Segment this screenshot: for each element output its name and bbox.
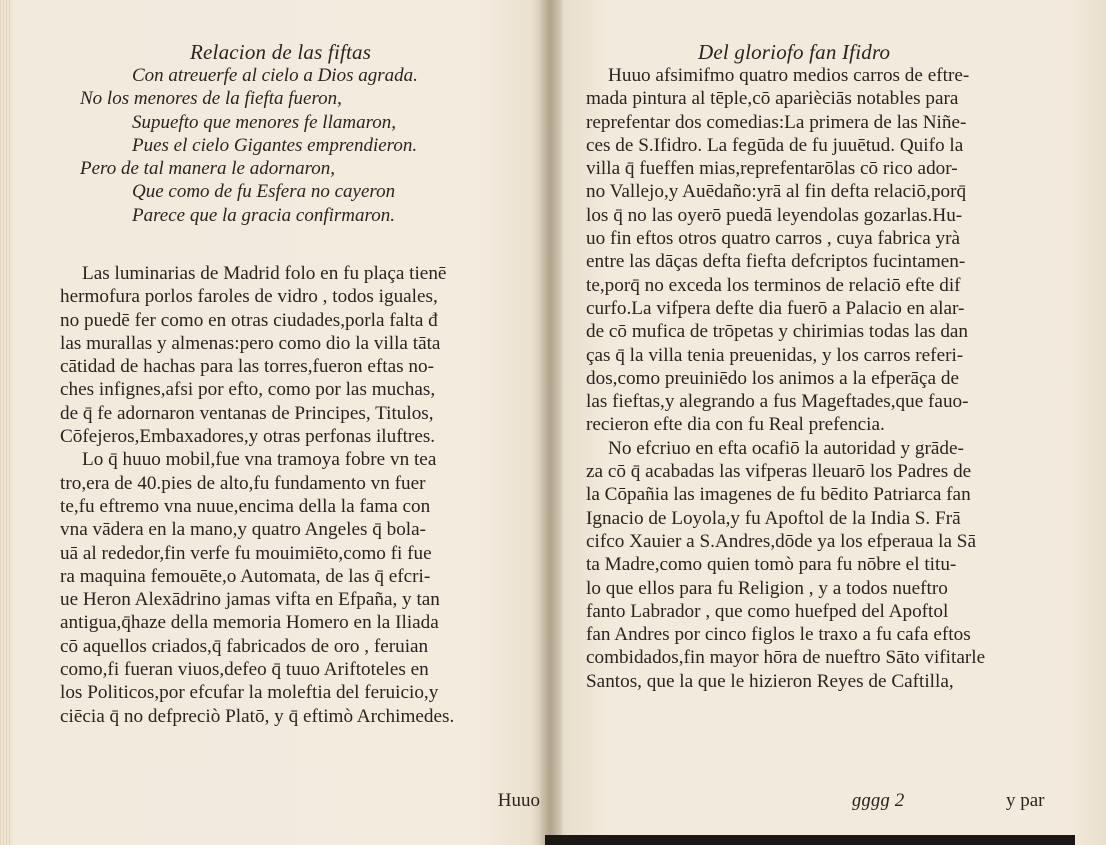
text-line: No efcriuo en efta ocafiō la autoridad y… <box>586 437 985 460</box>
right-page: Del gloriofo fan Ifidro Huuo afsimifmo q… <box>548 0 1106 845</box>
text-line: lo que ellos para fu Religion , y a todo… <box>586 577 985 600</box>
text-line: la Cōpañia las imagenes de fu bēdito Pat… <box>586 483 985 506</box>
text-line: combidados,fin mayor hōra de nueftro Sāt… <box>586 646 985 669</box>
book-spread: Relacion de las fiftas Con atreuerfe al … <box>0 0 1106 845</box>
text-line: cifco Xauier a S.Andres,dōde ya los efpe… <box>586 530 985 553</box>
text-line: los Politicos,por efcufar la moleftia de… <box>60 681 454 704</box>
text-line: curfo.La vifpera defte dia fuerō a Palac… <box>586 297 985 320</box>
text-line: de cō mufica de trōpetas y chirimias tod… <box>586 320 985 343</box>
signature-mark: ɡɡɡɡ 2 <box>852 790 904 812</box>
text-line: uo fin eftos otros quatro carros , cuya … <box>586 227 985 250</box>
text-line: como,fi fueran viuos,defeo q̄ tuuo Arift… <box>60 658 454 681</box>
prose-block-right: Huuo afsimifmo quatro medios carros de e… <box>586 64 985 693</box>
text-line: ra maquina femouēte,o Automata, de las q… <box>60 565 454 588</box>
text-line: ta Madre,como quien tomò para fu nōbre e… <box>586 553 985 576</box>
text-line: de q̄ fe adornaron ventanas de Principes… <box>60 402 454 425</box>
bottom-shadow <box>545 835 1075 845</box>
book-gutter <box>540 0 562 845</box>
text-line: Huuo afsimifmo quatro medios carros de e… <box>586 64 985 87</box>
text-line: hermofura porlos faroles de vidro , todo… <box>60 285 454 308</box>
verse-line: Pero de tal manera le adornaron, <box>80 157 418 180</box>
catchword-right: y par <box>1006 790 1045 812</box>
text-line: fan Andres por cinco figlos le traxo a f… <box>586 623 985 646</box>
text-line: entre las dāças defta fiefta defcriptos … <box>586 250 985 273</box>
verse-line: Pues el cielo Gigantes emprendieron. <box>80 134 418 157</box>
prose-block-left: Las luminarias de Madrid folo en fu plaç… <box>60 262 454 728</box>
verse-line: No los menores de la fiefta fueron, <box>80 87 418 110</box>
text-line: te,fu eftremo vna nuue,encima della la f… <box>60 495 454 518</box>
verse-line: Parece que la gracia confirmaron. <box>80 204 418 227</box>
verse-block: Con atreuerfe al cielo a Dios agrada. No… <box>80 64 418 227</box>
catchword-left: Huuo <box>498 790 540 812</box>
text-line: las fieftas,y alegrando a fus Mageftades… <box>586 390 985 413</box>
text-line: ue Heron Alexādrino jamas vifta en Efpañ… <box>60 588 454 611</box>
text-line: tro,era de 40.pies de alto,fu fundamento… <box>60 472 454 495</box>
text-line: vna vādera en la mano,y quatro Angeles q… <box>60 518 454 541</box>
text-line: ces de S.Ifidro. La fegūda de fu juuētud… <box>586 134 985 157</box>
text-line: za cō q̄ acabadas las vifperas lleuarō l… <box>586 460 985 483</box>
text-line: villa q̄ fueffen mias,reprefentarōlas cō… <box>586 157 985 180</box>
text-line: recieron efte dia con fu Real prefencia. <box>586 413 985 436</box>
text-line: antigua,q̄haze della memoria Homero en l… <box>60 611 454 634</box>
left-page: Relacion de las fiftas Con atreuerfe al … <box>0 0 548 845</box>
text-line: ciēcia q̄ no defpreciò Platō, y q̄ eftim… <box>60 705 454 728</box>
page-edges <box>0 0 12 845</box>
running-head-right: Del gloriofo fan Ifidro <box>698 40 890 65</box>
text-line: mada pintura al tēple,cō aparièciās nota… <box>586 87 985 110</box>
text-line: dos,como preuiniēdo los animos a la efpe… <box>586 367 985 390</box>
text-line: te,porq̄ no exceda los terminos de relac… <box>586 274 985 297</box>
text-line: Santos, que la que le hizieron Reyes de … <box>586 670 985 693</box>
text-line: Lo q̄ huuo mobil,fue vna tramoya fobre v… <box>60 448 454 471</box>
text-line: ças q̄ la villa tenia preuenidas, y los … <box>586 344 985 367</box>
running-head-left: Relacion de las fiftas <box>190 40 371 65</box>
text-line: Ignacio de Loyola,y fu Apoftol de la Ind… <box>586 507 985 530</box>
text-line: reprefentar dos comedias:La primera de l… <box>586 111 985 134</box>
text-line: uā al rededor,fin verfe fu mouimiēto,com… <box>60 542 454 565</box>
text-line: cātidad de hachas para las torres,fueron… <box>60 355 454 378</box>
text-line: cō aquellos criados,q̄ fabricados de oro… <box>60 635 454 658</box>
verse-line: Que como de fu Esfera no cayeron <box>80 180 418 203</box>
text-line: Cōfejeros,Embaxadores,y otras perfonas i… <box>60 425 454 448</box>
text-line: no puedē fer como en otras ciudades,porl… <box>60 309 454 332</box>
text-line: fanto Labrador , que como huefped del Ap… <box>586 600 985 623</box>
text-line: Las luminarias de Madrid folo en fu plaç… <box>60 262 454 285</box>
text-line: no Vallejo,y Auēdaño:yrā al fin defta re… <box>586 180 985 203</box>
text-line: las murallas y almenas:pero como dio la … <box>60 332 454 355</box>
text-line: los q̄ no las oyerō puedā leyendolas goz… <box>586 204 985 227</box>
text-line: ches infignes,afsi por efto, como por la… <box>60 378 454 401</box>
verse-line: Con atreuerfe al cielo a Dios agrada. <box>80 64 418 87</box>
verse-line: Supuefto que menores fe llamaron, <box>80 111 418 134</box>
